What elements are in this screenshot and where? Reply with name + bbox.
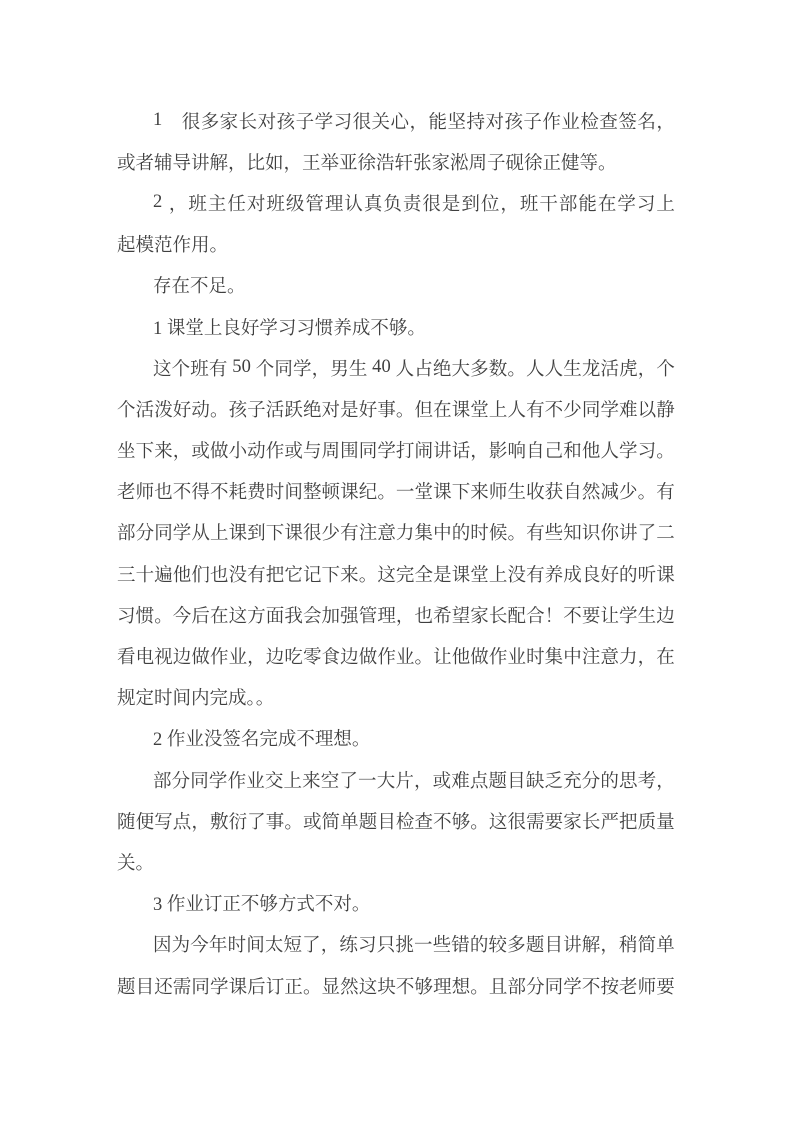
text-line: 题目还需同学课后订正。显然这块不够理想。且部分同学不按老师要	[117, 965, 675, 1006]
text-line: 存在不足。	[117, 265, 675, 306]
text-line: 关。	[117, 841, 675, 882]
text-line: 1 很多家长对孩子学习很关心，能坚持对孩子作业检查签名，	[117, 100, 675, 141]
text-line: 1 课堂上良好学习习惯养成不够。	[117, 306, 675, 347]
text-line: 部分同学作业交上来空了一大片，或难点题目缺乏充分的思考，	[117, 759, 675, 800]
text-line: 老师也不得不耗费时间整顿课纪。一堂课下来师生收获自然减少。有	[117, 471, 675, 512]
text-line: 2 作业没签名完成不理想。	[117, 718, 675, 759]
document-body: 1 很多家长对孩子学习很关心，能坚持对孩子作业检查签名，或者辅导讲解，比如，王举…	[117, 100, 675, 1006]
text-line: 随便写点，敷衍了事。或简单题目检查不够。这很需要家长严把质量	[117, 800, 675, 841]
text-line: 或者辅导讲解，比如，王举亚徐浩轩张家淞周子砚徐正健等。	[117, 141, 675, 182]
text-line: 2 ，班主任对班级管理认真负责很是到位，班干部能在学习上	[117, 182, 675, 223]
text-line: 部分同学从上课到下课很少有注意力集中的时候。有些知识你讲了二	[117, 512, 675, 553]
text-line: 3 作业订正不够方式不对。	[117, 883, 675, 924]
text-line: 看电视边做作业，边吃零食边做作业。让他做作业时集中注意力，在	[117, 635, 675, 676]
text-line: 坐下来，或做小动作或与周围同学打闹讲话，影响自己和他人学习。	[117, 430, 675, 471]
text-line: 个活泼好动。孩子活跃绝对是好事。但在课堂上人有不少同学难以静	[117, 388, 675, 429]
text-line: 起模范作用。	[117, 224, 675, 265]
text-line: 三十遍他们也没有把它记下来。这完全是课堂上没有养成良好的听课	[117, 553, 675, 594]
document-page: 1 很多家长对孩子学习很关心，能坚持对孩子作业检查签名，或者辅导讲解，比如，王举…	[0, 0, 793, 1122]
text-line: 习惯。今后在这方面我会加强管理，也希望家长配合！不要让学生边	[117, 594, 675, 635]
text-line: 这个班有 50 个同学，男生 40 人占绝大多数。人人生龙活虎，个	[117, 347, 675, 388]
text-line: 规定时间内完成。。	[117, 677, 675, 718]
text-line: 因为今年时间太短了，练习只挑一些错的较多题目讲解，稍简单	[117, 924, 675, 965]
